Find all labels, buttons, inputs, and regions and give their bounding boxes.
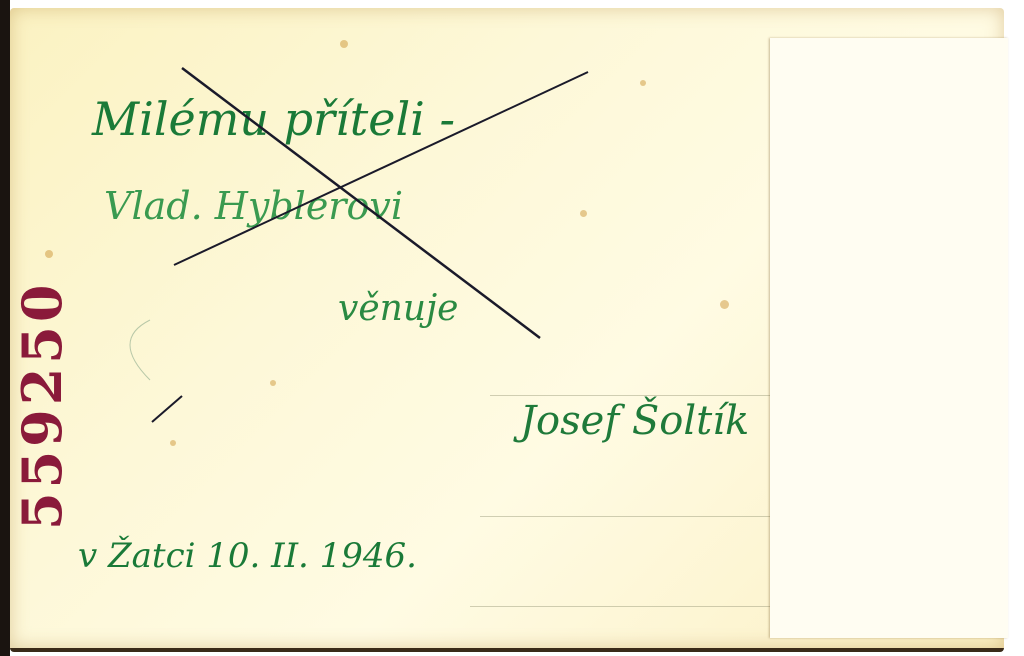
cross-out-mark <box>0 0 1024 656</box>
